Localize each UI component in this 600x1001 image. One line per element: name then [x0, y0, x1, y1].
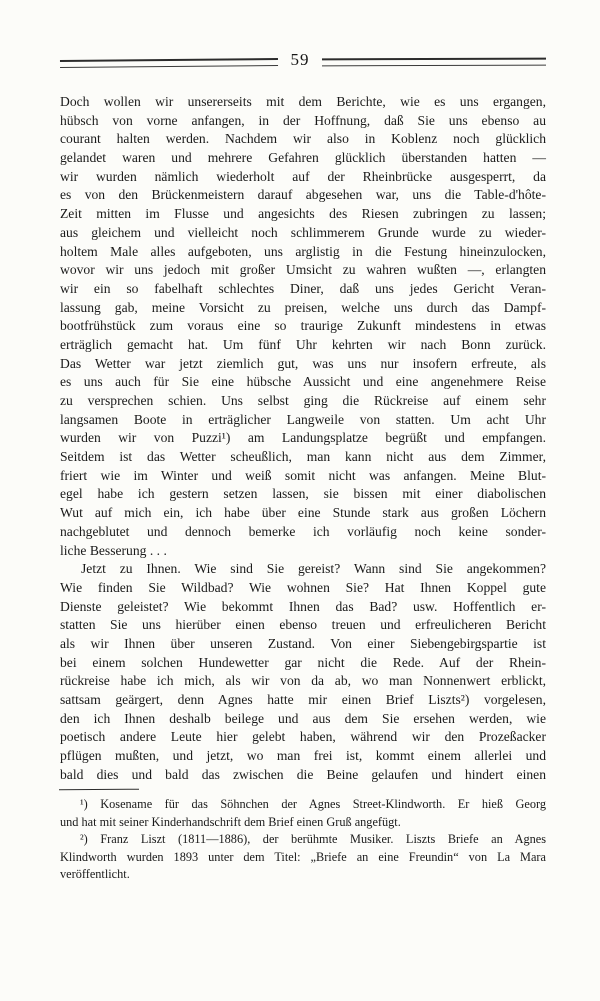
body-text-line: Seitdem ist das Wetter scheußlich, man k…: [60, 448, 546, 467]
body-text-line: es uns auch für Sie eine hübsche Aussich…: [60, 373, 546, 392]
body-text-line: nachgeblutet und dennoch bemerke ich vor…: [60, 523, 546, 542]
body-text-line: friert wie im Winter und weiß somit nich…: [60, 467, 546, 486]
body-text-line: den ich Ihnen deshalb beilege und aus de…: [60, 710, 546, 729]
body-text-line: wir ein so fabelhaft schlechtes Diner, d…: [60, 280, 546, 299]
body-text-line: Dienste geleistet? Wie bekommt Ihnen das…: [60, 598, 546, 617]
body-text-line: langsamen Boote in erträglicher Langweil…: [60, 411, 546, 430]
body-text-line: sattsam geärgert, denn Agnes hatte mir e…: [60, 691, 546, 710]
body-text-line: liche Besserung . . .: [60, 542, 546, 561]
body-text-line: egel habe ich gestern setzen lassen, sie…: [60, 485, 546, 504]
body-text-line: erträglich gemacht hat. Um fünf Uhr kehr…: [60, 336, 546, 355]
footnote-line: und hat mit seiner Kinderhandschrift dem…: [60, 814, 546, 832]
header-rule-right: [322, 58, 546, 67]
body-text-line: wovor wir uns jedoch mit großer Umsicht …: [60, 261, 546, 280]
body-text-line: als wir Ihnen über unseren Zustand. Von …: [60, 635, 546, 654]
body-text-line: Zeit mitten im Flusse und angesichts des…: [60, 205, 546, 224]
footnote-line: ¹) Kosename für das Söhnchen der Agnes S…: [60, 796, 546, 814]
body-text-line: rückreise habe ich mich, als wir von da …: [60, 672, 546, 691]
footnote-line: ²) Franz Liszt (1811—1886), der berühmte…: [60, 831, 546, 849]
body-text-line: es von den Brückenmeistern darauf abgese…: [60, 186, 546, 205]
body-text-line: holtem Male alles aufgeboten, uns arglis…: [60, 243, 546, 262]
body-text-line: Das Wetter war jetzt ziemlich gut, was u…: [60, 355, 546, 374]
body-text-line: lassung gab, meine Vorsicht zu preisen, …: [60, 299, 546, 318]
body-text-line: Wie finden Sie Wildbad? Wie wohnen Sie? …: [60, 579, 546, 598]
body-text-line: wurden wir von Puzzi¹) am Landungsplatze…: [60, 429, 546, 448]
footnotes: ¹) Kosename für das Söhnchen der Agnes S…: [60, 796, 546, 884]
body-text-line: aus gleichem und vielleicht noch schlimm…: [60, 224, 546, 243]
body-text-line: pflügen mußten, und jetzt, wo man frei i…: [60, 747, 546, 766]
footnote-line: Klindworth wurden 1893 unter dem Titel: …: [60, 849, 546, 867]
body-text-line: courant halten werden. Nachdem wir also …: [60, 130, 546, 149]
body-text-line: bald dies und bald das zwischen die Bein…: [60, 766, 546, 785]
body-text-line: Doch wollen wir unsererseits mit dem Ber…: [60, 93, 546, 112]
body-text-line: zu versprechen schien. Uns selbst ging d…: [60, 392, 546, 411]
footnote-separator: [59, 789, 139, 791]
body-text-line: gelandet waren und mehrere Gefahren glüc…: [60, 149, 546, 168]
body-text-line: poetisch andere Leute hier gelebt haben,…: [60, 728, 546, 747]
body-text-line: Wut auf mich ein, ich habe über eine Stu…: [60, 504, 546, 523]
body-text-line: Jetzt zu Ihnen. Wie sind Sie gereist? Wa…: [60, 560, 546, 579]
body-text: Doch wollen wir unsererseits mit dem Ber…: [60, 93, 546, 784]
body-text-line: hübsch von vorne anfangen, in der Hoffnu…: [60, 112, 546, 131]
footnote-line: veröffentlicht.: [60, 866, 546, 884]
body-text-line: statten Sie uns hierüber einen ebenso tr…: [60, 616, 546, 635]
body-text-line: bootfrühstück zum voraus eine so traurig…: [60, 317, 546, 336]
body-text-line: wir wurden nämlich wiederholt auf der Rh…: [60, 168, 546, 187]
book-page: 59 Doch wollen wir unsererseits mit dem …: [0, 0, 600, 1001]
body-text-line: bei einem solchen Hundewetter gar nicht …: [60, 654, 546, 673]
